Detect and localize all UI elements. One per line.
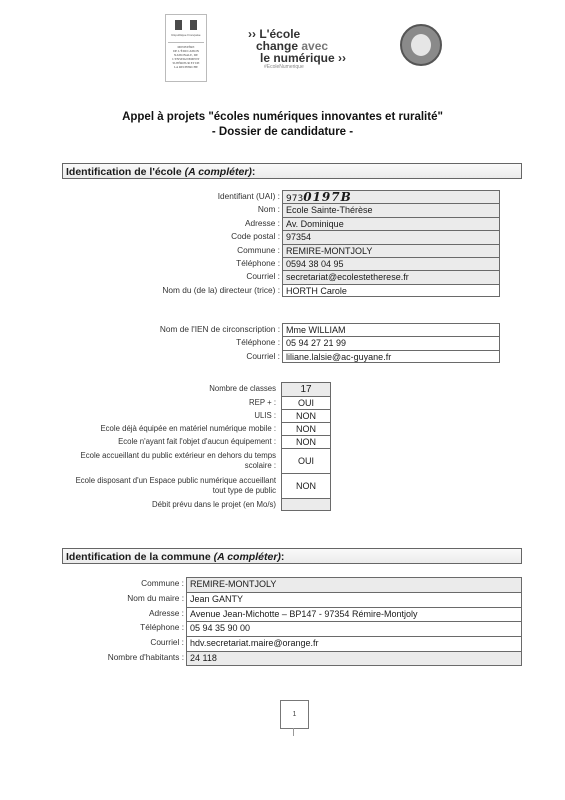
commune-label: Nombre d'habitants : (108, 651, 184, 664)
commune-label: Nom du maire : (127, 592, 184, 605)
school-label: Nom : (258, 203, 280, 216)
characteristic-value[interactable]: NON (281, 409, 331, 422)
characteristic-value[interactable]: NON (281, 435, 331, 448)
logo-line-3: le numérique ›› (248, 52, 358, 64)
school-label: Identifiant (UAI) : (218, 190, 280, 203)
commune-field[interactable]: hdv.secretariat.maire@orange.fr (186, 636, 522, 651)
school-field[interactable]: 9730197B (282, 190, 500, 203)
ien-label: Courriel : (246, 350, 280, 363)
commune-label: Courriel : (150, 636, 184, 649)
school-label: Nom du (de la) directeur (trice) : (162, 284, 280, 297)
characteristic-label: Ecole accueillant du public extérieur en… (66, 448, 276, 473)
ien-field[interactable]: Mme WILLIAM (282, 323, 500, 336)
school-label: Téléphone : (236, 257, 280, 270)
school-field[interactable]: Av. Dominique (282, 217, 500, 230)
characteristic-label: Nombre de classes (66, 382, 276, 396)
commune-field[interactable]: 24 118 (186, 651, 522, 666)
page-number: 1 (280, 700, 309, 729)
commune-label: Adresse : (149, 607, 184, 620)
characteristic-value[interactable]: OUI (281, 396, 331, 409)
characteristic-value[interactable]: NON (281, 473, 331, 498)
characteristic-label: Ecole n'ayant fait l'objet d'aucun équip… (66, 435, 276, 448)
commune-field[interactable]: Jean GANTY (186, 592, 522, 607)
commune-label: Commune : (141, 577, 184, 590)
document-title: Appel à projets "écoles numériques innov… (0, 110, 565, 140)
title-line-1: Appel à projets "écoles numériques innov… (0, 110, 565, 125)
school-label: Commune : (237, 244, 280, 257)
page-marker (293, 728, 294, 736)
ministry-logo: République Française MINISTÈRE DE L'ÉDUC… (165, 14, 207, 82)
characteristic-label: Ecole disposant d'un Espace public numér… (66, 473, 276, 498)
commune-field[interactable]: REMIRE-MONTJOLY (186, 577, 522, 592)
marianne-flag-icon (175, 20, 197, 30)
commune-field[interactable]: 05 94 35 90 00 (186, 621, 522, 636)
commune-section-heading: Identification de la commune (A compléte… (62, 548, 522, 564)
ien-field[interactable]: 05 94 27 21 99 (282, 336, 500, 349)
commune-field[interactable]: Avenue Jean-Michotte – BP147 - 97354 Rém… (186, 607, 522, 622)
characteristic-label: ULIS : (66, 409, 276, 422)
school-field[interactable]: 97354 (282, 230, 500, 243)
school-field[interactable]: REMIRE-MONTJOLY (282, 244, 500, 257)
school-field[interactable]: 0594 38 04 95 (282, 257, 500, 270)
ien-field[interactable]: liliane.lalsie@ac-guyane.fr (282, 350, 500, 363)
characteristic-value[interactable] (281, 498, 331, 511)
commune-label: Téléphone : (140, 621, 184, 634)
ien-label: Nom de l'IEN de circonscription : (160, 323, 280, 336)
characteristic-label: REP + : (66, 396, 276, 409)
ecole-numerique-logo: ›› L'école change avec le numérique ›› #… (248, 28, 358, 76)
school-section-heading: Identification de l'école (A compléter): (62, 163, 522, 179)
school-label: Code postal : (231, 230, 280, 243)
characteristic-label: Débit prévu dans le projet (en Mo/s) (66, 498, 276, 511)
ministry-logo-caption: République Française (170, 33, 202, 37)
school-label: Adresse : (245, 217, 280, 230)
school-field[interactable]: HORTH Carole (282, 284, 500, 297)
characteristic-value[interactable]: OUI (281, 448, 331, 473)
ministry-logo-text: MINISTÈRE DE L'ÉDUCATION NATIONALE, DE L… (168, 45, 204, 69)
school-label: Courriel : (246, 270, 280, 283)
school-field[interactable]: secretariat@ecolestetherese.fr (282, 270, 500, 283)
characteristic-value[interactable]: 17 (281, 382, 331, 396)
marianne-profile-icon (411, 34, 431, 56)
characteristic-value[interactable]: NON (281, 422, 331, 435)
ien-label: Téléphone : (236, 336, 280, 349)
school-field[interactable]: Ecole Sainte-Thérèse (282, 203, 500, 216)
title-line-2: - Dossier de candidature - (0, 125, 565, 140)
characteristic-label: Ecole déjà équipée en matériel numérique… (66, 422, 276, 435)
investissements-avenir-logo (400, 24, 442, 66)
